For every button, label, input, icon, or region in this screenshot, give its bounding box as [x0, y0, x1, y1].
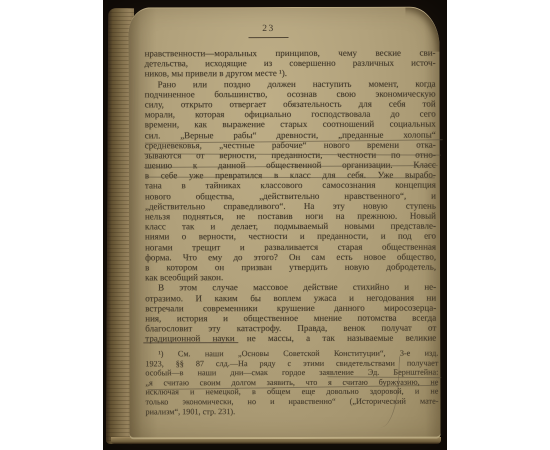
- screenshot-canvas: 23 нравственности—моральных принципов, ч…: [0, 0, 550, 450]
- text-line: детельства, исходящие из совершенно разл…: [145, 58, 436, 69]
- text-line: подчиненное большинство, осознав свою эк…: [145, 88, 436, 99]
- text-line: сил. „Верные рабы“ древности, „преданные…: [145, 129, 436, 140]
- text-line: в котором он призван утвердить новую доб…: [145, 262, 436, 273]
- text-line: нового общества, „действительно нравстве…: [145, 190, 436, 201]
- text-line: тана в тайниках классового самосознания …: [145, 180, 436, 191]
- text-line: форма. Что ему до этого? Он сам есть нов…: [145, 251, 436, 262]
- text-line: времени, как выражение старых соотношени…: [145, 119, 436, 130]
- text-line: ниями о верности, честности и преданност…: [145, 231, 436, 242]
- body-text: нравственности—моральных принципов, чему…: [145, 48, 437, 344]
- text-line: отразимо. И каким бы воплем ужаса и него…: [145, 292, 436, 303]
- pencil-margin-curve: [380, 355, 401, 428]
- book-photo: 23 нравственности—моральных принципов, ч…: [103, 0, 447, 450]
- folded-corner: [405, 8, 439, 52]
- text-line: встречали современники крушение данного …: [145, 302, 436, 313]
- text-line: В этом случае массовое действие стихийно…: [145, 282, 436, 293]
- page-number: 23: [248, 24, 288, 38]
- book-page: 23 нравственности—моральных принципов, ч…: [128, 7, 440, 440]
- text-line: Рано или поздно должен наступить момент,…: [145, 78, 436, 89]
- text-line: ногами трещит и разваливается старая общ…: [145, 241, 436, 252]
